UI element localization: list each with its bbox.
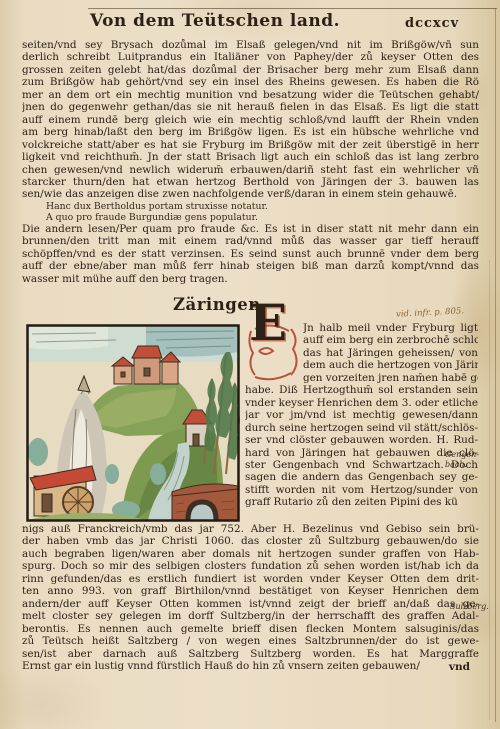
text-line: habe. Diß Hertzogthum̄ sol erstanden sei… [245,384,478,396]
zaringen-full-text: nigs auß Franckreich/vmb das jar 752. Ab… [22,523,479,672]
text-line: schöpffen/vnd es der statt verzinsen. Es… [22,248,479,260]
text-line: seiten/vnd sey Brysach dozůmal im Elsaß … [22,39,479,51]
text-line: stifft worden nit vom Hertzog/sunder von [245,484,478,496]
text-line: ten anno 993. von graff Birthilon/vnnd b… [22,585,479,597]
text-line: sagen die andern das Gengenbach sey ge- [245,471,478,483]
text-line: volckreiche statt/aber es hat sie Frybur… [22,139,479,151]
text-line: spurg. Doch so mir des selbigen closters… [22,560,479,572]
text-line: Hanc dux Bertholdus portam struxisse not… [46,201,446,212]
text-line: dem auch die hertzogen von Järin- [303,359,478,371]
page-edge-line-right-inner [489,260,490,720]
woodcut-scene-icon [26,324,240,522]
text-line: jnen do gegenwehr gethan/das sie nit her… [22,101,479,113]
catchword: vnd [410,661,470,673]
text-line: gen vorzeiten jren nam̄en habē ge- [303,372,478,384]
text-line: auch begraben ligen/waren aber domals ni… [22,548,479,560]
water-paragraph: Die andern lesen/Per quam pro fraude &c.… [22,223,479,285]
opening-paragraph: seiten/vnd sey Brysach dozůmal im Elsaß … [22,39,479,201]
text-line: am berg hinab/laßt den berg im Brißgöw l… [22,126,479,138]
woodcut-illustration [26,324,240,522]
text-line: andern/der auff Keyser Otten kommen ist/… [22,598,479,610]
text-line: Jn halb meil vnder Fryburg ligt [303,322,478,334]
latin-verse: Hanc dux Bertholdus portam struxisse not… [46,201,446,223]
text-line: melt closter sey gelegen im dorff Sultzb… [22,610,479,622]
section-heading-zaringen: Zäringen. [0,295,440,314]
text-line: vnder keyser Henrichen dem 3. oder etlic… [245,397,478,409]
text-line: jar vor jm/vnd ist mechtig gewesen/dann [245,409,478,421]
text-line: chen gewesen/vnd newlich widerum̄ erbauw… [22,164,479,176]
text-line: ligkeit vnd reichthum̄. Jn der statt Bri… [22,151,479,163]
text-line: derlich schreibt Luitprandus ein Italiän… [22,51,479,63]
text-line: Gengen- [445,450,495,460]
zaringen-column: E Jn halb meil vnder Fryburg ligtauff ei… [245,322,478,509]
text-line: rinn gefunden/das es erstlich fundiert i… [22,573,479,585]
drop-cap-initial: E [245,323,299,381]
text-line: auff einem rundē berg gleich wie ein mec… [22,114,479,126]
text-line: auff eim berg ein zerbrochē schloß/ [303,334,478,346]
text-line: durch seine hertzogen seind vil stätt/sc… [245,422,478,434]
book-page: Von dem Teütschen land. dccxcv seiten/vn… [0,0,500,729]
text-line: mer an dem ort ein mechtig munition vnd … [22,89,479,101]
margin-note-sulzberg: Sulzberg. [450,602,498,612]
handwritten-margin-note: vid. infr. p. 805. [396,306,464,320]
page-number: dccxcv [405,16,459,31]
text-line: zů Teütsch heißt Saltzberg / von wegen e… [22,635,479,647]
page-edge-line-top [88,8,497,9]
text-line: brunnen/den tritt man mit einem rad/vnnd… [22,235,479,247]
text-line: starcker thurn/den hat etwan hertzog Ber… [22,176,479,188]
text-line: A quo pro fraude Burgundiæ gens populatu… [46,212,446,223]
text-line: wasser mit mühe auff den berg tragen. [22,273,479,285]
text-line: graff Rutario zů den zeiten Pipini des k… [245,496,478,508]
text-line: auff der ebne/aber man můß ferr hinab st… [22,260,479,272]
text-line: sen/ist aber darnach auß Saltzberg Sultz… [22,648,479,660]
header-title: Von dem Teütschen land. [60,11,370,31]
drop-cap-letter: E [249,317,287,329]
text-line: grossen zeiten gelebt hat/das dozůmal de… [22,64,479,76]
page-edge-line-right [495,8,496,722]
text-line: bach. [445,460,495,470]
text-line: zum Brißgöw hab gehört/vnd sey ein insel… [22,76,479,88]
text-line: ser vnd clöster gebauwen worden. H. Rud- [245,434,478,446]
text-line: Die andern lesen/Per quam pro fraude &c.… [22,223,479,235]
text-line: sen/wie das anzeigen dise zwen nachfolge… [22,188,479,200]
text-line: nigs auß Franckreich/vmb das jar 752. Ab… [22,523,479,535]
margin-note-gengenbach: Gengen-bach. [445,450,495,469]
text-line: der haben vmb das jar Christi 1060. das … [22,535,479,547]
text-line: ster Gengenbach vnd Schwartzach. Doch [245,459,478,471]
text-line: berontis. Es nennen auch gemelte brieff … [22,623,479,635]
text-line: das hat Järingen geheissen/ von [303,347,478,359]
text-line: hard von Järingen hat gebauwen die clö- [245,447,478,459]
